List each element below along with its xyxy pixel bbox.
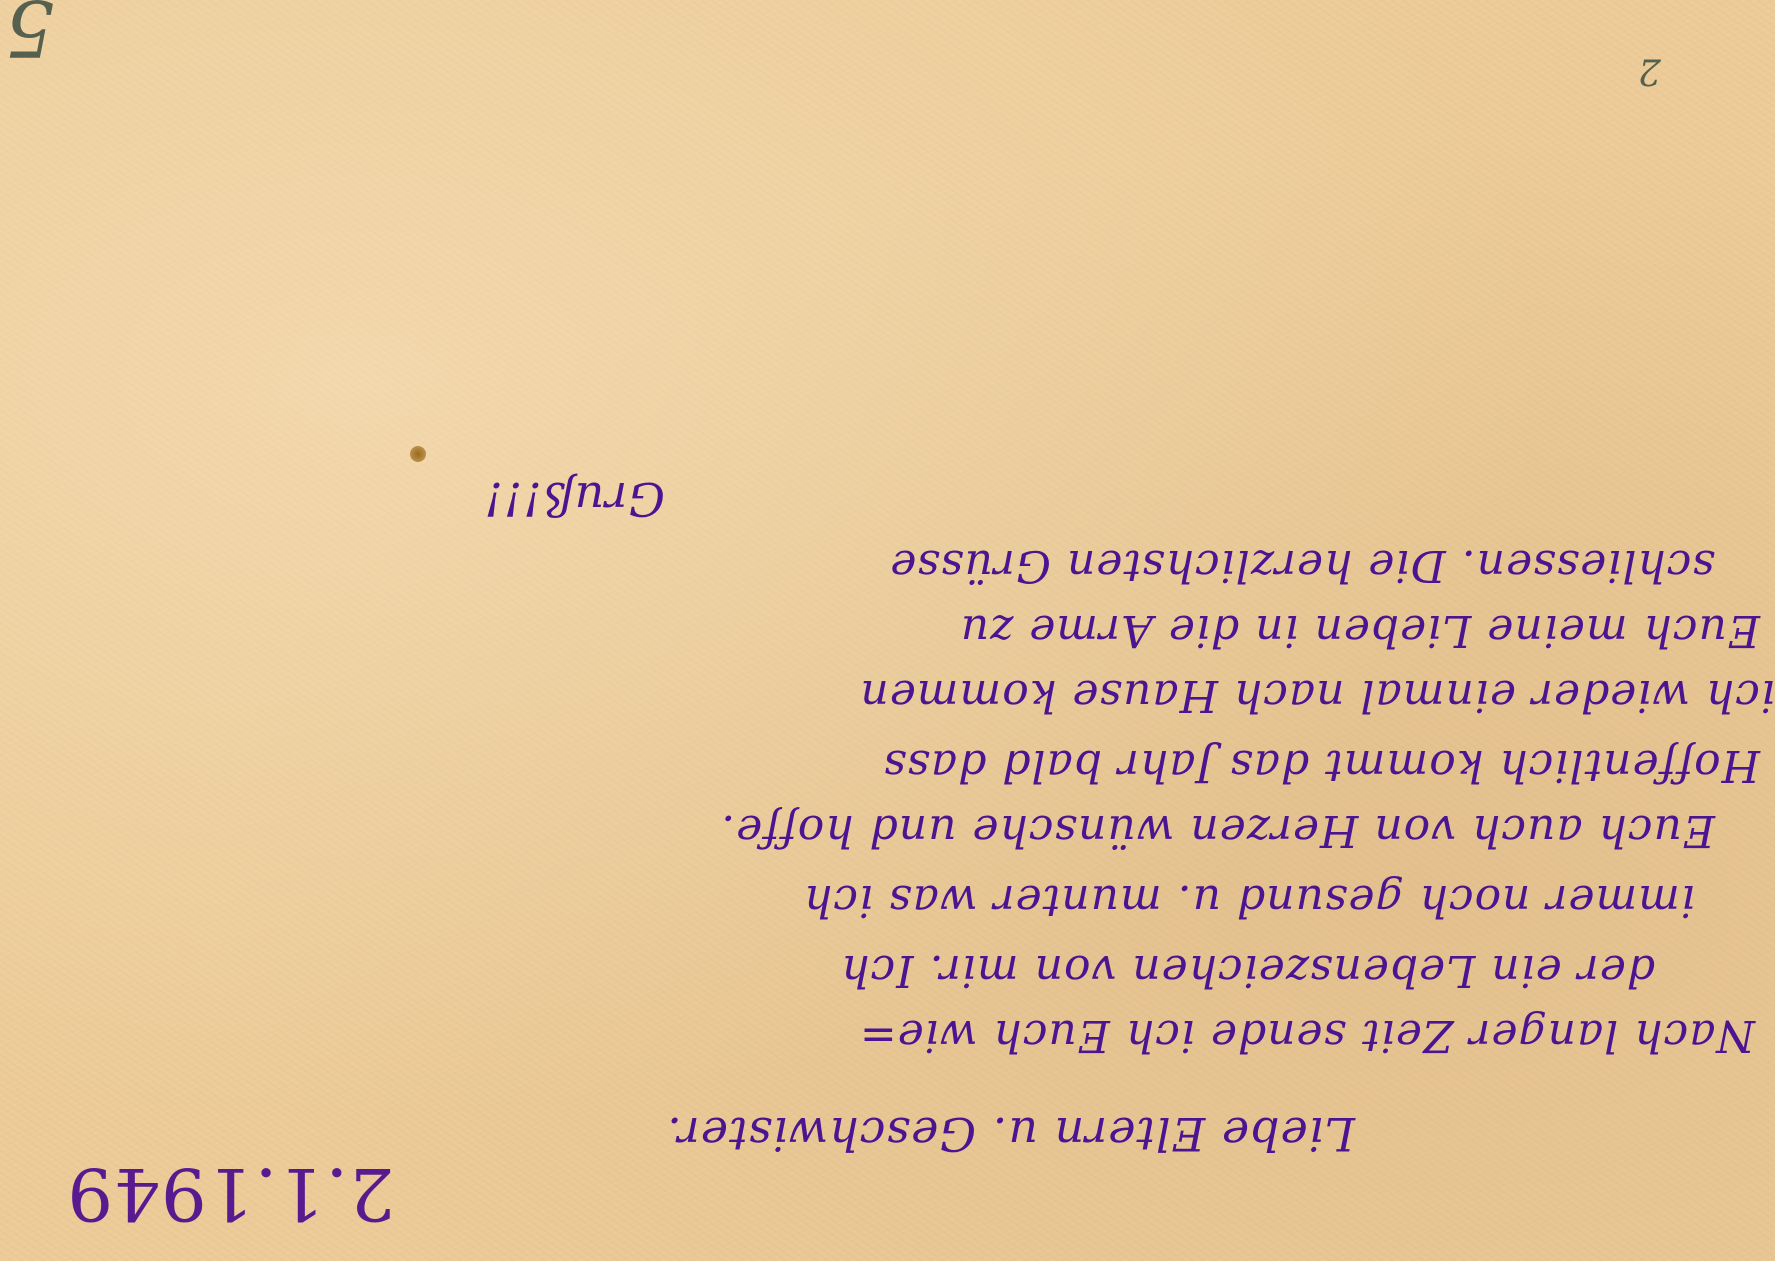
body-line: ich wieder einmal nach Hause kommen [859,670,1775,721]
body-line: Euch auch von Herzen wünsche und hoffe. [720,805,1715,856]
body-line: Nach langer Zeit sende ich Euch wie= [859,1010,1755,1061]
ink-stain [410,446,426,462]
body-line: Hoffentlich kommt das Jahr bald dass [883,740,1760,791]
postcard: 5 2 2.1.1949 Liebe Eltern u. Geschwister… [0,0,1775,1261]
body-line: immer noch gesund u. munter was ich [803,875,1695,926]
body-line: schliessen. Die herzlichsten Grüsse [889,540,1715,591]
letter-date: 2.1.1949 [66,1152,395,1236]
salutation: Liebe Eltern u. Geschwister. [666,1107,1355,1161]
body-line: Euch meine Lieben in die Arme zu [960,605,1760,656]
body-line: der ein Lebenszeichen von mir. Ich [840,945,1655,996]
closing: Gruß!!! [483,472,665,526]
handwritten-message: 2.1.1949 Liebe Eltern u. Geschwister. Na… [0,0,1775,1261]
